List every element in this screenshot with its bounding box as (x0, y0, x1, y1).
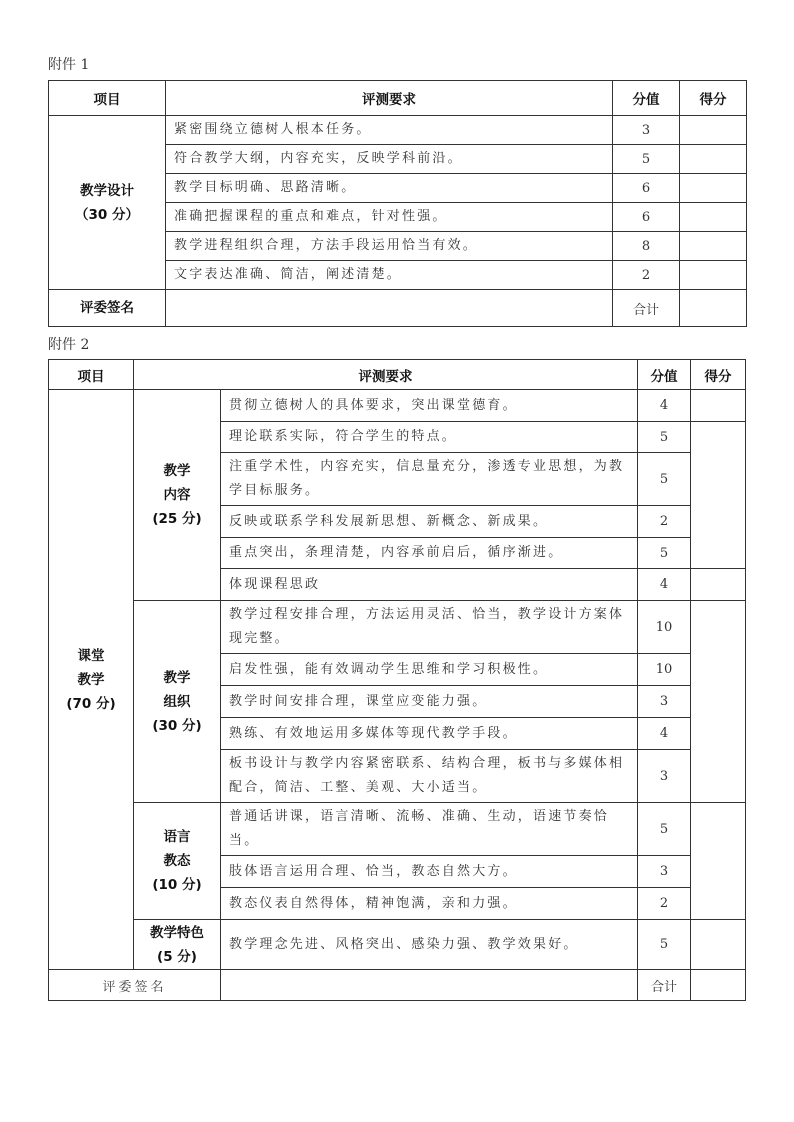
points-value: 2 (638, 506, 691, 538)
score-input-cell[interactable] (680, 232, 747, 261)
requirement-text: 重点突出，条理清楚，内容承前启后，循序渐进。 (221, 538, 638, 569)
points-value: 5 (638, 422, 691, 453)
score-input-cell[interactable] (691, 422, 746, 569)
requirement-text: 肢体语言运用合理、恰当，教态自然大方。 (221, 856, 638, 888)
score-input-cell[interactable] (680, 174, 747, 203)
points-value: 3 (638, 856, 691, 888)
judge-signature-field[interactable] (166, 290, 613, 327)
score-input-cell[interactable] (680, 145, 747, 174)
category-points: （30 分） (49, 203, 165, 227)
score-input-cell[interactable] (691, 803, 746, 920)
subcategory-line2: 内容 (134, 483, 220, 507)
requirement-text: 教学时间安排合理，课堂应变能力强。 (221, 686, 638, 718)
score-input-cell[interactable] (691, 920, 746, 970)
points-value: 3 (638, 686, 691, 718)
score-input-cell[interactable] (680, 261, 747, 290)
attachment-1-label: 附件 1 (48, 54, 89, 74)
requirement-text: 符合教学大纲，内容充实，反映学科前沿。 (166, 145, 613, 174)
requirement-text: 准确把握课程的重点和难点，针对性强。 (166, 203, 613, 232)
requirement-text: 普通话讲课，语言清晰、流畅、准确、生动，语速节奏恰当。 (221, 803, 638, 856)
category-line2: 教学 (49, 668, 133, 692)
header-requirement: 评测要求 (166, 81, 613, 116)
subcategory-language-demeanor: 语言 教态 (10 分) (134, 803, 221, 920)
header-requirement: 评测要求 (134, 360, 638, 390)
subcategory-points: (5 分) (134, 945, 220, 969)
points-value: 6 (613, 174, 680, 203)
header-item: 项目 (49, 360, 134, 390)
score-input-cell[interactable] (691, 390, 746, 422)
attachment-2-table: 项目 评测要求 分值 得分 课堂 教学 (70 分) 教学 内容 (25 分) … (48, 359, 746, 1001)
score-input-cell[interactable] (680, 203, 747, 232)
header-points: 分值 (638, 360, 691, 390)
points-value: 5 (638, 453, 691, 506)
category-line1: 课堂 (49, 644, 133, 668)
requirement-text: 反映或联系学科发展新思想、新概念、新成果。 (221, 506, 638, 538)
subcategory-teaching-features: 教学特色 (5 分) (134, 920, 221, 970)
requirement-text: 注重学术性，内容充实，信息量充分，渗透专业思想，为教学目标服务。 (221, 453, 638, 506)
judge-signature-label: 评委签名 (49, 290, 166, 327)
score-input-cell[interactable] (691, 569, 746, 601)
subcategory-line2: 组织 (134, 690, 220, 714)
subcategory-teaching-content: 教学 内容 (25 分) (134, 390, 221, 601)
subcategory-line1: 语言 (134, 825, 220, 849)
requirement-text: 板书设计与教学内容紧密联系、结构合理，板书与多媒体相配合，简洁、工整、美观、大小… (221, 750, 638, 803)
points-value: 2 (613, 261, 680, 290)
total-label: 合计 (613, 290, 680, 327)
points-value: 4 (638, 718, 691, 750)
points-value: 6 (613, 203, 680, 232)
requirement-text: 教学理念先进、风格突出、感染力强、教学效果好。 (221, 920, 638, 970)
requirement-text: 教学目标明确、思路清晰。 (166, 174, 613, 203)
points-value: 3 (613, 116, 680, 145)
points-value: 8 (613, 232, 680, 261)
subcategory-points: (30 分) (134, 714, 220, 738)
points-value: 5 (638, 920, 691, 970)
requirement-text: 教学进程组织合理，方法手段运用恰当有效。 (166, 232, 613, 261)
subcategory-points: (25 分) (134, 507, 220, 531)
total-label: 合计 (638, 970, 691, 1001)
header-score: 得分 (691, 360, 746, 390)
requirement-text: 贯彻立德树人的具体要求，突出课堂德育。 (221, 390, 638, 422)
requirement-text: 文字表达准确、简洁，阐述清楚。 (166, 261, 613, 290)
requirement-text: 启发性强，能有效调动学生思维和学习积极性。 (221, 654, 638, 686)
points-value: 10 (638, 601, 691, 654)
subcategory-line1: 教学 (134, 459, 220, 483)
requirement-text: 紧密围绕立德树人根本任务。 (166, 116, 613, 145)
header-score: 得分 (680, 81, 747, 116)
total-score-field[interactable] (691, 970, 746, 1001)
points-value: 10 (638, 654, 691, 686)
score-input-cell[interactable] (680, 116, 747, 145)
points-value: 4 (638, 390, 691, 422)
subcategory-points: (10 分) (134, 873, 220, 897)
subcategory-line2: 教态 (134, 849, 220, 873)
points-value: 2 (638, 888, 691, 920)
total-score-field[interactable] (680, 290, 747, 327)
category-classroom-teaching: 课堂 教学 (70 分) (49, 390, 134, 970)
points-value: 5 (638, 803, 691, 856)
score-input-cell[interactable] (691, 601, 746, 803)
attachment-2-label: 附件 2 (48, 334, 89, 354)
points-value: 3 (638, 750, 691, 803)
category-name: 教学设计 (49, 179, 165, 203)
header-points: 分值 (613, 81, 680, 116)
judge-signature-label: 评委签名 (49, 970, 221, 1001)
subcategory-line1: 教学特色 (134, 921, 220, 945)
points-value: 5 (638, 538, 691, 569)
requirement-text: 教态仪表自然得体，精神饱满，亲和力强。 (221, 888, 638, 920)
attachment-1-table: 项目 评测要求 分值 得分 教学设计 （30 分） 紧密围绕立德树人根本任务。 … (48, 80, 747, 327)
requirement-text: 理论联系实际，符合学生的特点。 (221, 422, 638, 453)
requirement-text: 体现课程思政 (221, 569, 638, 601)
points-value: 4 (638, 569, 691, 601)
requirement-text: 教学过程安排合理，方法运用灵活、恰当，教学设计方案体现完整。 (221, 601, 638, 654)
category-teaching-design: 教学设计 （30 分） (49, 116, 166, 290)
subcategory-teaching-organization: 教学 组织 (30 分) (134, 601, 221, 803)
requirement-text: 熟练、有效地运用多媒体等现代教学手段。 (221, 718, 638, 750)
judge-signature-field[interactable] (221, 970, 638, 1001)
points-value: 5 (613, 145, 680, 174)
header-item: 项目 (49, 81, 166, 116)
category-points: (70 分) (49, 692, 133, 716)
subcategory-line1: 教学 (134, 666, 220, 690)
